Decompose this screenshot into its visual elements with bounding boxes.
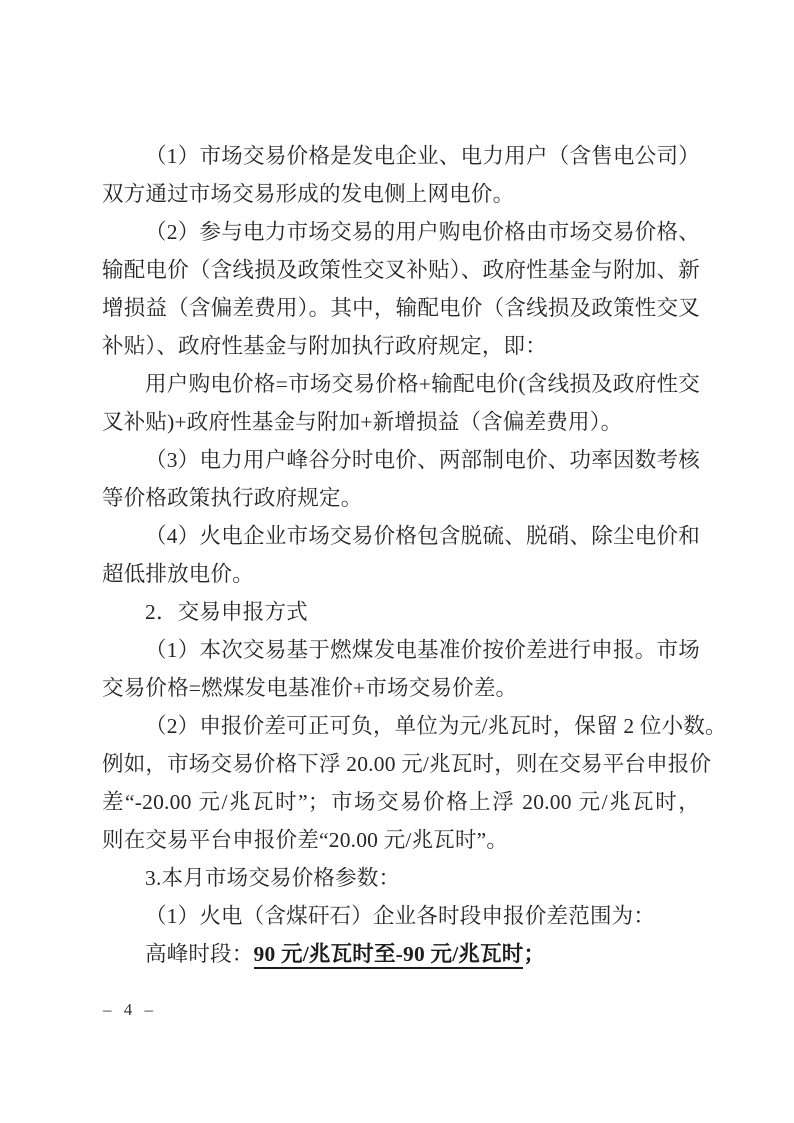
document-line: （4）火电企业市场交易价格包含脱硫、脱硝、除尘电价和 [102, 517, 700, 555]
document-line: （1）火电（含煤矸石）企业各时段申报价差范围为： [102, 897, 700, 935]
document-line: （2）申报价差可正可负，单位为元/兆瓦时，保留 2 位小数。 [102, 707, 700, 745]
formula-line: 叉补贴)+政府性基金与附加+新增损益（含偏差费用）。 [102, 403, 700, 441]
document-line: （1）本次交易基于燃煤发电基准价按价差进行申报。市场 [102, 631, 700, 669]
document-line: 输配电价（含线损及政策性交叉补贴）、政府性基金与附加、新 [102, 251, 700, 289]
peak-period-suffix: ； [523, 942, 545, 966]
peak-period-price-range: 90 元/兆瓦时至-90 元/兆瓦时 [254, 942, 524, 969]
document-line: （2）参与电力市场交易的用户购电价格由市场交易价格、 [102, 213, 700, 251]
document-line: 双方通过市场交易形成的发电侧上网电价。 [102, 175, 700, 213]
document-line: 增损益（含偏差费用）。其中，输配电价（含线损及政策性交叉 [102, 289, 700, 327]
section-heading: 3.本月市场交易价格参数： [102, 859, 700, 897]
document-line: 交易价格=燃煤发电基准价+市场交易价差。 [102, 669, 700, 707]
peak-period-label: 高峰时段： [145, 942, 254, 966]
document-line: （1）市场交易价格是发电企业、电力用户（含售电公司） [102, 137, 700, 175]
document-page: （1）市场交易价格是发电企业、电力用户（含售电公司） 双方通过市场交易形成的发电… [0, 0, 794, 1123]
document-line: 等价格政策执行政府规定。 [102, 479, 700, 517]
document-line: 例如，市场交易价格下浮 20.00 元/兆瓦时，则在交易平台申报价 [102, 745, 700, 783]
peak-period-line: 高峰时段：90 元/兆瓦时至-90 元/兆瓦时； [102, 935, 700, 973]
document-line: 超低排放电价。 [102, 555, 700, 593]
page-number: – 4 – [103, 1000, 157, 1020]
section-heading: 2．交易申报方式 [102, 593, 700, 631]
document-body: （1）市场交易价格是发电企业、电力用户（含售电公司） 双方通过市场交易形成的发电… [102, 137, 700, 973]
document-line: 补贴）、政府性基金与附加执行政府规定，即： [102, 327, 700, 365]
document-line: 差“-20.00 元/兆瓦时”；市场交易价格上浮 20.00 元/兆瓦时， [102, 783, 700, 821]
document-line: （3）电力用户峰谷分时电价、两部制电价、功率因数考核 [102, 441, 700, 479]
document-line: 则在交易平台申报价差“20.00 元/兆瓦时”。 [102, 821, 700, 859]
formula-line: 用户购电价格=市场交易价格+输配电价(含线损及政府性交 [102, 365, 700, 403]
